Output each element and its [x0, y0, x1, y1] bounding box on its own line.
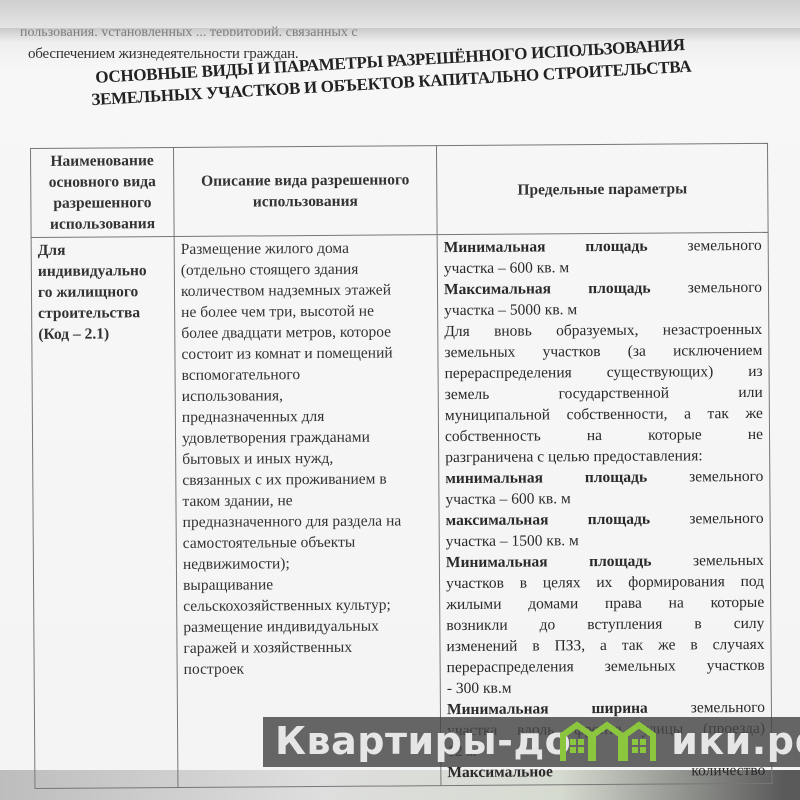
parameter-text: земельных — [651, 552, 764, 570]
parameter-line: участка – 600 кв. м — [445, 487, 763, 510]
parameter-text: возникли до вступления в силу — [446, 615, 764, 634]
parameter-line: участка – 5000 кв. м — [444, 298, 762, 321]
parameter-line: участка – 600 кв. м — [444, 256, 762, 279]
use-name-line: индивидуально — [38, 260, 168, 282]
parameter-text: участка – 5000 кв. м — [444, 301, 577, 319]
parameter-text: земель государственной или — [445, 384, 763, 403]
parameter-text: муниципальной собственности, а так же — [445, 405, 763, 424]
description-line: сельскохозяйственных культур; — [183, 594, 433, 617]
parameter-line: земельных участков (за исключением — [444, 340, 762, 363]
description-line: (отдельно стоящего здания — [181, 258, 431, 281]
description-line: бытовых и иных нужд, — [182, 447, 432, 470]
parameter-text: участка – 600 кв. м — [445, 490, 570, 508]
description-line: выращивание — [183, 573, 433, 596]
photo-background-top — [0, 0, 800, 28]
parameter-line: собственность на которые не — [445, 424, 763, 447]
parameter-label: Максимальная площадь — [444, 280, 651, 298]
description-line: использования, — [182, 384, 432, 407]
description-line: предназначенных для — [182, 405, 432, 428]
description-line: вспомогательного — [182, 363, 432, 386]
parameter-text: разграничена с целью предоставления: — [445, 447, 703, 466]
description-line: Размещение жилого дома — [181, 237, 431, 260]
use-name-line: (Код – 2.1) — [38, 323, 168, 345]
parameter-line: изменений в ПЗЗ, а так же в случаях — [446, 634, 764, 657]
description-line: предназначенного для раздела на — [183, 510, 433, 533]
description-line: состоит из комнат и помещений — [181, 342, 431, 365]
header-use-name: Наименование основного вида разрешенного… — [31, 147, 175, 237]
parameter-line: Для вновь образуемых, незастроенных — [444, 319, 762, 342]
header-parameters: Предельные параметры — [436, 143, 768, 234]
parameter-line: участков в целях их формирования под — [446, 571, 764, 594]
table-row: Дляиндивидуального жилищногостроительств… — [31, 232, 772, 788]
land-use-table: Наименование основного вида разрешенного… — [30, 143, 772, 789]
description-line: недвижимости); — [183, 552, 433, 575]
watermark-text: Квартиры-доики.рф — [275, 719, 800, 763]
parameter-label: минимальная площадь — [445, 469, 647, 487]
parameter-text: земельного — [647, 468, 763, 486]
description-line: самостоятельные объекты — [183, 531, 433, 554]
parameter-text: земельного — [650, 279, 762, 297]
parameter-label: Минимальная площадь — [444, 238, 648, 256]
parameter-line: перераспределения земельных участков — [447, 655, 765, 678]
use-name-line: го жилищного — [38, 281, 168, 303]
parameter-line: - 300 кв.м — [447, 676, 765, 699]
parameter-line: максимальная площадь земельного — [446, 508, 764, 531]
parameter-label: Минимальная ширина — [447, 700, 648, 718]
description-line: более двадцати метров, которое — [181, 321, 431, 344]
description-line: гаражей и хозяйственных — [183, 636, 433, 659]
parameter-line: Минимальная площадь земельных — [446, 550, 764, 573]
parameter-text: участков в целях их формирования под — [446, 573, 764, 592]
table-header-row: Наименование основного вида разрешенного… — [31, 143, 769, 237]
parameter-line: муниципальной собственности, а так же — [445, 403, 763, 426]
parameter-line: разграничена с целью предоставления: — [445, 445, 763, 468]
description-line: размещение индивидуальных — [183, 615, 433, 638]
parameter-text: перераспределения существующих) из — [445, 363, 763, 382]
parameters-cell: Минимальная площадь земельногоучастка – … — [437, 232, 772, 785]
watermark-text-end: ики.рф — [671, 719, 800, 763]
parameter-line: возникли до вступления в силу — [446, 613, 764, 636]
use-name-line: Для — [38, 239, 168, 261]
description-line: не более чем три, высотой не — [181, 300, 431, 323]
parameter-text: земельного — [650, 510, 764, 528]
watermark-text-start: Квартиры-до — [275, 719, 571, 763]
parameter-text: земельного — [648, 237, 762, 255]
parameter-text: участка – 1500 кв. м — [446, 532, 579, 550]
parameter-text: перераспределения земельных участков — [447, 657, 765, 676]
use-name-cell: Дляиндивидуального жилищногостроительств… — [31, 236, 178, 788]
parameter-text: - 300 кв.м — [447, 680, 512, 697]
parameter-line: Максимальная площадь земельного — [444, 277, 762, 300]
parameter-line: Минимальная площадь земельного — [444, 235, 762, 258]
parameter-text: участка – 600 кв. м — [444, 259, 569, 277]
parameter-text: Для вновь образуемых, незастроенных — [444, 321, 762, 340]
parameter-text: земельных участков (за исключением — [444, 342, 762, 361]
description-line: количеством надземных этажей — [181, 279, 431, 302]
parameter-line: жилыми домами права на которые — [446, 592, 764, 615]
parameter-text: собственность на которые не — [445, 426, 763, 445]
cut-off-text-line: пользования, установленных ... территори… — [20, 26, 620, 36]
description-line: удовлетворения гражданами — [182, 426, 432, 449]
parameter-text: земельного — [648, 699, 765, 717]
description-line: таком здании, не — [182, 489, 432, 512]
parameter-label: максимальная площадь — [446, 511, 651, 529]
header-description: Описание вида разрешенного использования — [174, 146, 438, 237]
parameter-line: минимальная площадь земельного — [445, 466, 763, 489]
use-name-line: строительства — [38, 302, 168, 324]
parameter-line: перераспределения существующих) из — [445, 361, 763, 384]
parameter-line: земель государственной или — [445, 382, 763, 405]
parameter-text: изменений в ПЗЗ, а так же в случаях — [446, 636, 764, 655]
watermark-banner: Квартиры-доики.рф — [263, 717, 800, 767]
parameter-line: участка – 1500 кв. м — [446, 529, 764, 552]
description-line: построек — [184, 657, 434, 680]
description-line: связанных с их проживанием в — [182, 468, 432, 491]
parameter-label: Минимальная площадь — [446, 553, 652, 571]
description-cell: Размещение жилого дома(отдельно стоящего… — [174, 235, 441, 788]
parameter-text: жилыми домами права на которые — [446, 594, 764, 613]
houses-logo-icon — [559, 721, 657, 761]
